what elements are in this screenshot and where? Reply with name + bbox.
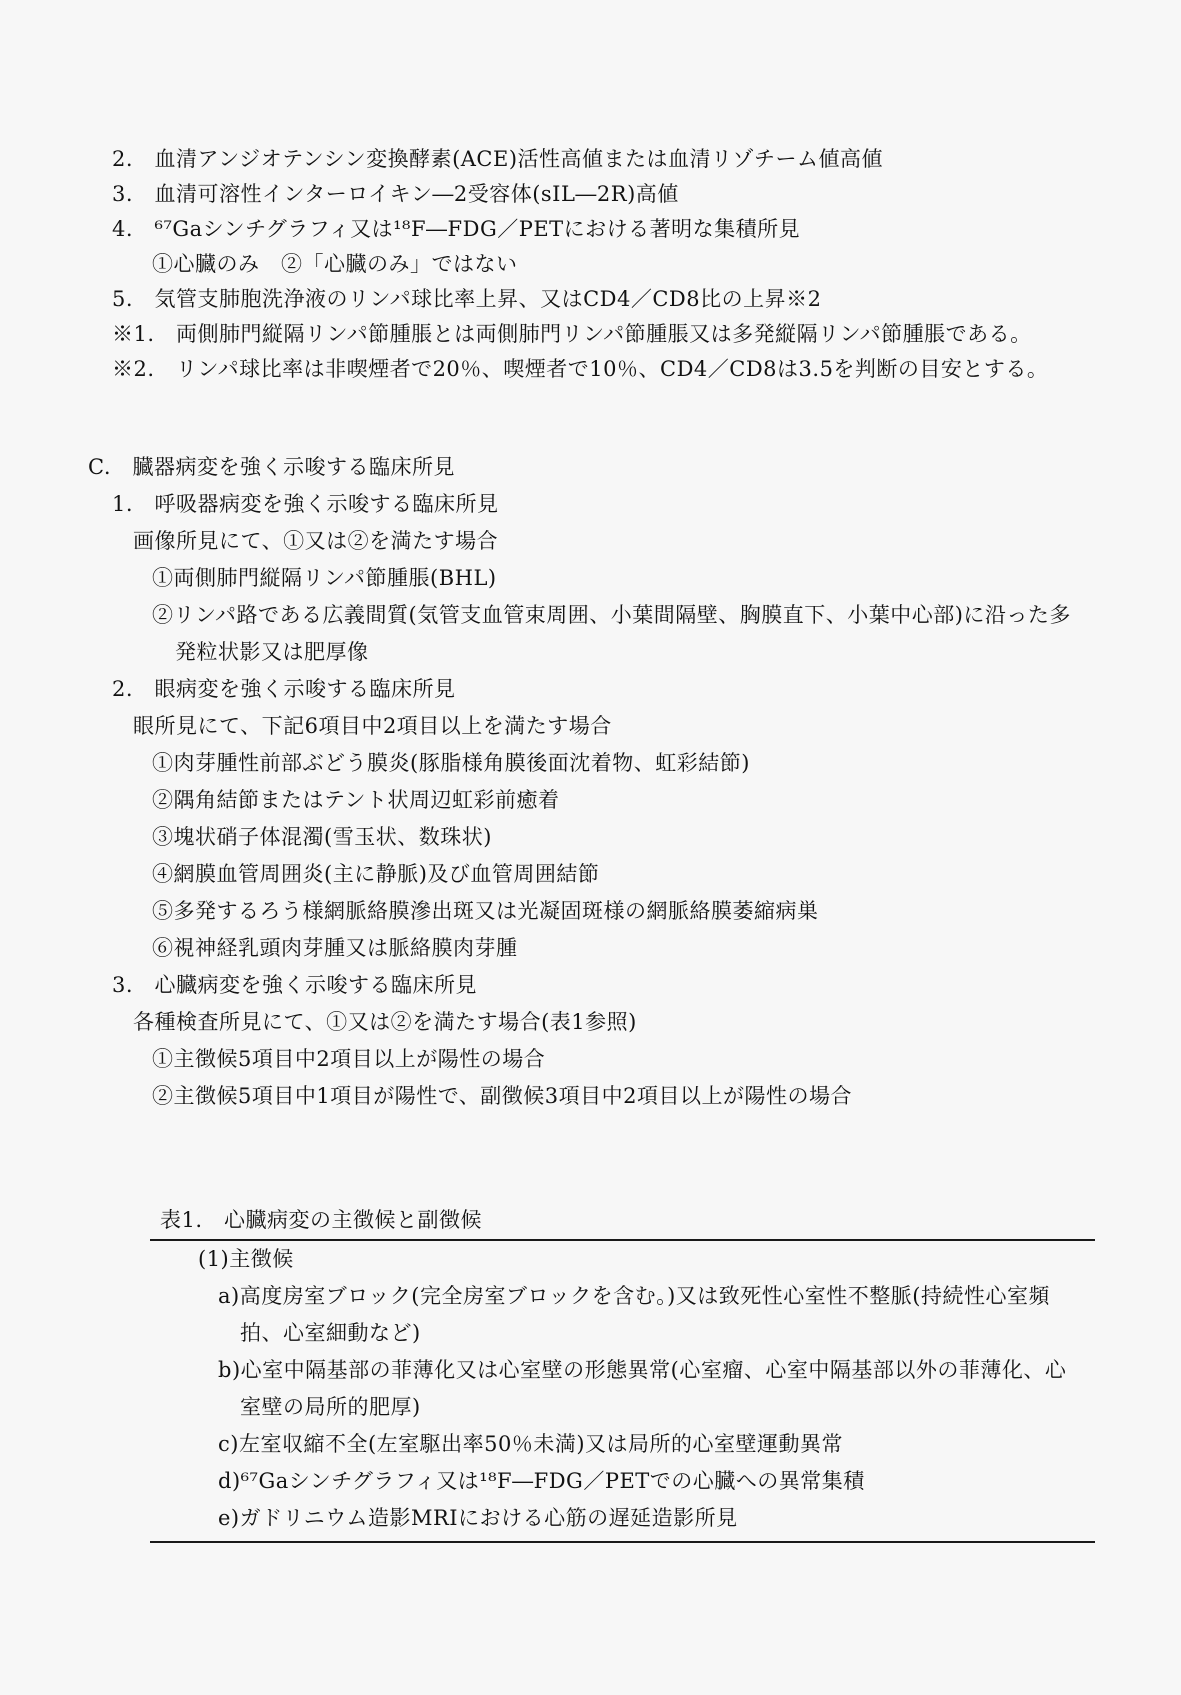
list-item: ①両側肺門縦隔リンパ節腫脹(BHL) xyxy=(0,560,1181,597)
section-heading: C. 臓器病変を強く示唆する臨床所見 xyxy=(0,449,1181,486)
list-item: ③塊状硝子体混濁(雪玉状、数珠状) xyxy=(0,819,1181,856)
list-item: 2. 血清アンジオテンシン変換酵素(ACE)活性高値または血清リゾチーム値高値 xyxy=(0,142,1181,177)
list-item: ②リンパ路である広義間質(気管支血管束周囲、小葉間隔壁、胸膜直下、小葉中心部)に… xyxy=(0,597,1181,634)
table-row: d)⁶⁷Gaシンチグラフィ又は¹⁸F―FDG／PETでの心臓への異常集積 xyxy=(0,1463,1181,1500)
table-row: c)左室収縮不全(左室駆出率50％未満)又は局所的心室壁運動異常 xyxy=(0,1426,1181,1463)
list-item: ②主徴候5項目中1項目が陽性で、副徴候3項目中2項目以上が陽性の場合 xyxy=(0,1078,1181,1115)
lead-text: 各種検査所見にて、①又は②を満たす場合(表1参照) xyxy=(0,1004,1181,1041)
subsection-heading-cardiac: 3. 心臓病変を強く示唆する臨床所見 xyxy=(0,967,1181,1004)
list-item-continuation: 発粒状影又は肥厚像 xyxy=(0,634,1181,671)
list-item: ①主徴候5項目中2項目以上が陽性の場合 xyxy=(0,1041,1181,1078)
footnote: ※2. リンパ球比率は非喫煙者で20％、喫煙者で10％、CD4／CD8は3.5を… xyxy=(0,352,1181,387)
table-1: 表1. 心臓病変の主徴候と副徴候 (1)主徴候 a)高度房室ブロック(完全房室ブ… xyxy=(0,1201,1181,1543)
footnote: ※1. 両側肺門縦隔リンパ節腫脹とは両側肺門リンパ節腫脹又は多発縦隔リンパ節腫脹… xyxy=(0,317,1181,352)
lead-text: 眼所見にて、下記6項目中2項目以上を満たす場合 xyxy=(0,708,1181,745)
list-item: 4. ⁶⁷Gaシンチグラフィ又は¹⁸F―FDG／PETにおける著明な集積所見 xyxy=(0,212,1181,247)
list-item: ⑤多発するろう様網脈絡膜滲出斑又は光凝固斑様の網脈絡膜萎縮病巣 xyxy=(0,893,1181,930)
table-subheading: (1)主徴候 xyxy=(0,1241,1181,1278)
list-item: ④網膜血管周囲炎(主に静脈)及び血管周囲結節 xyxy=(0,856,1181,893)
table-bottom-rule xyxy=(150,1541,1095,1543)
list-item: 3. 血清可溶性インターロイキン―2受容体(sIL―2R)高値 xyxy=(0,177,1181,212)
lead-text: 画像所見にて、①又は②を満たす場合 xyxy=(0,523,1181,560)
subsection-heading-ocular: 2. 眼病変を強く示唆する臨床所見 xyxy=(0,671,1181,708)
section-c: C. 臓器病変を強く示唆する臨床所見 1. 呼吸器病変を強く示唆する臨床所見 画… xyxy=(0,449,1181,1115)
subsection-heading-respiratory: 1. 呼吸器病変を強く示唆する臨床所見 xyxy=(0,486,1181,523)
list-item: ②隅角結節またはテント状周辺虹彩前癒着 xyxy=(0,782,1181,819)
table-title: 表1. 心臓病変の主徴候と副徴候 xyxy=(0,1201,1181,1239)
table-row: e)ガドリニウム造影MRIにおける心筋の遅延造影所見 xyxy=(0,1500,1181,1537)
table-row: b)心室中隔基部の菲薄化又は心室壁の形態異常(心室瘤、心室中隔基部以外の菲薄化、… xyxy=(0,1352,1181,1389)
table-row: a)高度房室ブロック(完全房室ブロックを含む。)又は致死性心室性不整脈(持続性心… xyxy=(0,1278,1181,1315)
table-row-continuation: 室壁の局所的肥厚) xyxy=(0,1389,1181,1426)
list-item: ⑥視神経乳頭肉芽腫又は脈絡膜肉芽腫 xyxy=(0,930,1181,967)
list-item: ①肉芽腫性前部ぶどう膜炎(豚脂様角膜後面沈着物、虹彩結節) xyxy=(0,745,1181,782)
list-sub-item: ①心臓のみ ②「心臓のみ」ではない xyxy=(0,247,1181,282)
list-item: 5. 気管支肺胞洗浄液のリンパ球比率上昇、又はCD4／CD8比の上昇※2 xyxy=(0,282,1181,317)
document-page: 2. 血清アンジオテンシン変換酵素(ACE)活性高値または血清リゾチーム値高値 … xyxy=(0,0,1181,1543)
table-row-continuation: 拍、心室細動など) xyxy=(0,1315,1181,1352)
